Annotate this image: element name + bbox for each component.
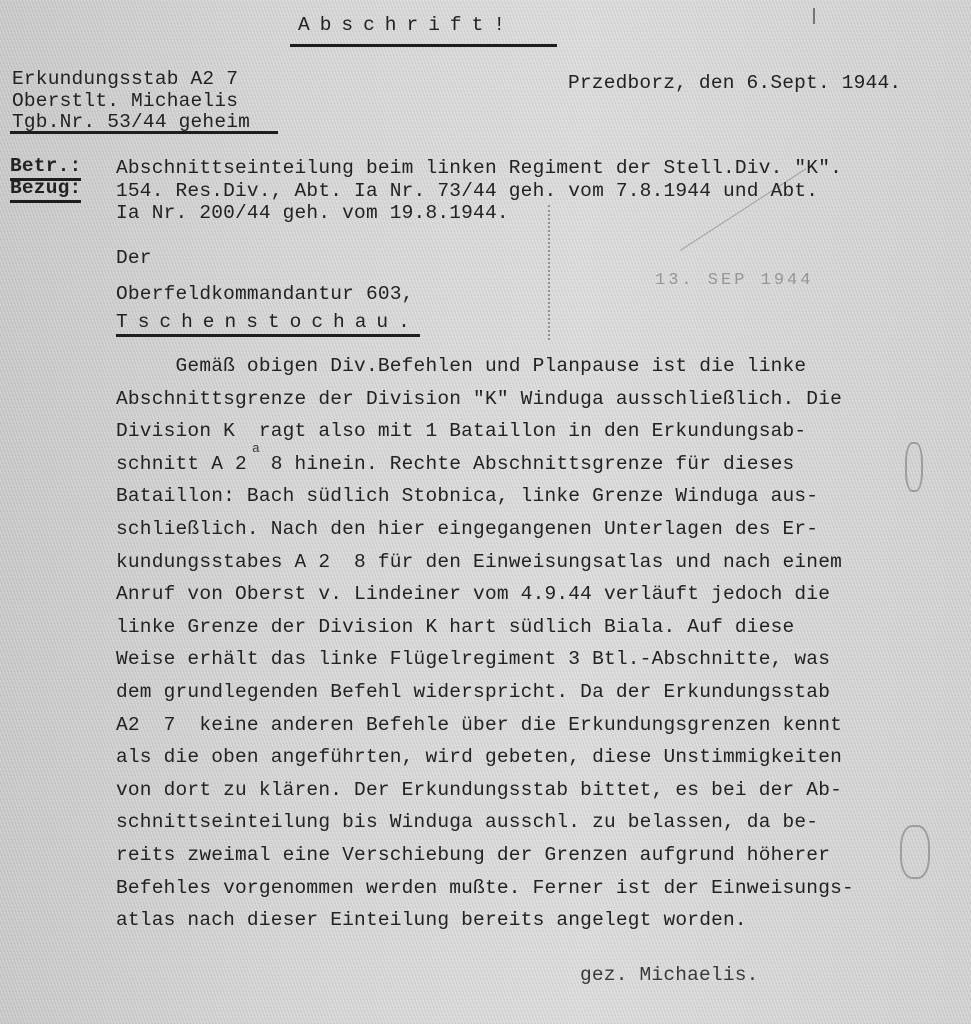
body-line: kundungsstabes A 2 8 für den Einweisungs… bbox=[116, 551, 842, 573]
sender-reference: Tgb.Nr. 53/44 geheim bbox=[12, 111, 250, 133]
subject-text: Abschnittseinteilung beim linken Regimen… bbox=[116, 157, 842, 179]
body-line: reits zweimal eine Verschiebung der Gren… bbox=[116, 844, 830, 866]
margin-mark bbox=[905, 442, 923, 492]
sender-officer: Oberstlt. Michaelis bbox=[12, 90, 238, 112]
reference-line: 154. Res.Div., Abt. Ia Nr. 73/44 geh. vo… bbox=[116, 180, 818, 202]
body-line: Befehles vorgenommen werden mußte. Ferne… bbox=[116, 877, 854, 899]
stamp-date: 13. SEP 1944 bbox=[655, 271, 813, 290]
body-line: atlas nach dieser Einteilung bereits ang… bbox=[116, 909, 747, 931]
recipient-line: Der bbox=[116, 247, 152, 269]
reference-label: Bezug: bbox=[10, 177, 81, 203]
document-page: Abschrift! Erkundungsstab A2 7 Oberstlt.… bbox=[0, 0, 971, 1024]
body-line: Weise erhält das linke Flügelregiment 3 … bbox=[116, 648, 830, 670]
body-line: Bataillon: Bach südlich Stobnica, linke … bbox=[116, 485, 818, 507]
body-line: als die oben angeführten, wird gebeten, … bbox=[116, 746, 842, 768]
recipient-name: Oberfeldkommandantur 603, bbox=[116, 283, 414, 305]
body-line: Anruf von Oberst v. Lindeiner vom 4.9.44… bbox=[116, 583, 830, 605]
sender-reference-underline bbox=[10, 131, 278, 134]
margin-tick bbox=[813, 8, 815, 24]
body-line: von dort zu klären. Der Erkundungsstab b… bbox=[116, 779, 842, 801]
margin-mark bbox=[900, 825, 930, 879]
body-line: A2 7 keine anderen Befehle über die Erku… bbox=[116, 714, 842, 736]
body-line: dem grundlegenden Befehl widerspricht. D… bbox=[116, 681, 830, 703]
body-line: linke Grenze der Division K hart südlich… bbox=[116, 616, 794, 638]
reference-line: Ia Nr. 200/44 geh. vom 19.8.1944. bbox=[116, 202, 509, 224]
body-line: Abschnittsgrenze der Division "K" Windug… bbox=[116, 388, 842, 410]
signature: gez. Michaelis. bbox=[580, 964, 759, 986]
body-line: schnitt A 2 8 hinein. Rechte Abschnittsg… bbox=[116, 453, 794, 475]
title-underline bbox=[290, 44, 557, 47]
sender-unit: Erkundungsstab A2 7 bbox=[12, 68, 238, 90]
handwritten-annotation: a bbox=[252, 438, 260, 460]
body-line: schließlich. Nach den hier eingegangenen… bbox=[116, 518, 818, 540]
place-date: Przedborz, den 6.Sept. 1944. bbox=[568, 72, 901, 94]
received-stamp: 13. SEP 1944 bbox=[548, 205, 970, 340]
body-line: Division K ragt also mit 1 Bataillon in … bbox=[116, 420, 806, 442]
recipient-city: Tschenstochau. bbox=[116, 311, 420, 337]
document-title: Abschrift! bbox=[298, 14, 515, 36]
body-line: Gemäß obigen Div.Befehlen und Planpause … bbox=[116, 355, 806, 377]
body-line: schnittseinteilung bis Winduga ausschl. … bbox=[116, 811, 818, 833]
